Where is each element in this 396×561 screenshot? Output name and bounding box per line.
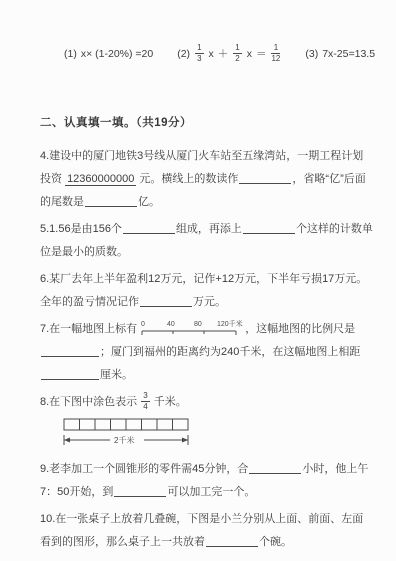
fraction-one-third: 1 3 bbox=[195, 44, 203, 64]
problem-8: 8.在下图中涂色表示 3 4 千米。 bbox=[40, 391, 368, 452]
fraction-bar-diagram: 2千米 bbox=[58, 418, 368, 452]
fill-in-blank bbox=[243, 222, 295, 234]
fraction-denominator: 3 bbox=[195, 54, 203, 63]
equations-row: (1) x× (1-20%) =20 (2) 1 3 x ＋ 1 2 x ＝ 1… bbox=[64, 44, 368, 64]
scale-tick-label-0: 0 bbox=[141, 321, 145, 328]
text-segment: 投资 bbox=[40, 173, 65, 185]
fraction-numerator: 1 bbox=[195, 44, 203, 54]
text-segment: 组成，再添上 bbox=[176, 223, 242, 235]
bar-segments bbox=[64, 419, 188, 430]
problem-7: 7.在一幅地图上标有 0 40 80 120千米 ，这幅地图的比例尺是 ；厦门到… bbox=[40, 318, 368, 387]
problem-10-line-1: 10.在一张桌子上放着几叠碗，下图是小兰分别从上面、前面、左面 bbox=[40, 508, 368, 531]
problem-6-line-1: 6.某厂去年上半年盈利12万元，记作+12万元，下半年亏损17万元。 bbox=[40, 268, 368, 291]
text-segment: 9.老李加工一个圆锥形的零件需45分钟，合 bbox=[40, 463, 248, 475]
text-segment: 可以加工完一个。 bbox=[167, 486, 255, 498]
fill-in-blank bbox=[206, 535, 258, 547]
fill-in-blank bbox=[249, 462, 301, 474]
scale-tick-label-80: 80 bbox=[194, 321, 202, 328]
text-segment: 万元。 bbox=[193, 296, 226, 308]
problem-7-line-2: ；厦门到福州的距离约为240千米，在这幅地图上相距 bbox=[40, 341, 368, 364]
scale-tick-label-40: 40 bbox=[167, 321, 175, 328]
fill-in-blank bbox=[41, 368, 99, 380]
text-segment: 7.在一幅地图上标有 bbox=[40, 323, 137, 335]
text-segment: 小时，他上午 bbox=[302, 463, 368, 475]
text-segment: ，这幅地图的比例尺是 bbox=[245, 323, 355, 335]
equation-2-equals-sign: ＝ bbox=[256, 46, 267, 61]
equation-1-label: (1) bbox=[64, 48, 77, 60]
fraction-numerator: 1 bbox=[233, 44, 241, 54]
equation-2-variable-1: x bbox=[209, 48, 214, 60]
document-page: (1) x× (1-20%) =20 (2) 1 3 x ＋ 1 2 x ＝ 1… bbox=[0, 0, 396, 561]
text-segment: 5.1.56是由156个 bbox=[40, 223, 122, 235]
fraction-numerator: 3 bbox=[141, 392, 149, 402]
map-scale-ruler: 0 40 80 120千米 bbox=[139, 318, 243, 336]
fraction-denominator: 12 bbox=[271, 54, 280, 63]
problem-7-line-3: 厘米。 bbox=[40, 364, 368, 387]
problem-5-line-2: 位是最小的质数。 bbox=[40, 241, 368, 264]
fill-in-blank bbox=[85, 195, 137, 207]
problem-4-line-1: 4.建设中的厦门地铁3号线从厦门火车站至五缘湾站，一期工程计划 bbox=[40, 145, 368, 168]
bar-length-label: 2千米 bbox=[114, 435, 134, 445]
fraction-denominator: 4 bbox=[141, 402, 149, 411]
dimension-line: 2千米 bbox=[64, 435, 188, 445]
equation-2-label: (2) bbox=[177, 48, 190, 60]
problem-4-line-3: 的尾数是亿。 bbox=[40, 191, 368, 214]
fraction-one-twelfth: 1 12 bbox=[271, 44, 280, 64]
problem-8-line-1: 8.在下图中涂色表示 3 4 千米。 bbox=[40, 391, 368, 414]
text-segment: 的尾数是 bbox=[40, 196, 84, 208]
section-heading: 二、认真填一填。（共19分） bbox=[40, 114, 368, 130]
fill-in-blank bbox=[123, 222, 175, 234]
scale-tick-label-120km: 120千米 bbox=[217, 319, 243, 328]
text-segment: ，省略“亿”后面 bbox=[292, 173, 365, 185]
fill-in-blank bbox=[239, 172, 291, 184]
problem-9-line-2: 7：50开始，到可以加工完一个。 bbox=[40, 481, 368, 504]
text-segment: 厘米。 bbox=[100, 369, 133, 381]
problem-4: 4.建设中的厦门地铁3号线从厦门火车站至五缘湾站，一期工程计划 投资 12360… bbox=[40, 145, 368, 214]
equation-1-text: x× (1-20%) =20 bbox=[81, 48, 153, 60]
problem-7-line-1: 7.在一幅地图上标有 0 40 80 120千米 ，这幅地图的比例尺是 bbox=[40, 318, 368, 341]
fraction-denominator: 2 bbox=[233, 54, 241, 63]
text-segment: 个这样的计数单 bbox=[296, 223, 373, 235]
equation-2: (2) 1 3 x ＋ 1 2 x ＝ 1 12 bbox=[177, 44, 281, 64]
problem-10-line-2: 看到的图形，那么桌子上一共放着个碗。 bbox=[40, 531, 368, 554]
problem-6-line-2: 全年的盈亏情况记作万元。 bbox=[40, 291, 368, 314]
fraction-three-quarters: 3 4 bbox=[141, 392, 149, 412]
equation-2-variable-2: x bbox=[247, 48, 252, 60]
equation-2-plus-operator: ＋ bbox=[218, 46, 229, 61]
problem-9: 9.老李加工一个圆锥形的零件需45分钟，合小时，他上午 7：50开始，到可以加工… bbox=[40, 458, 368, 504]
problem-4-line-2: 投资 12360000000 元。横线上的数读作，省略“亿”后面 bbox=[40, 168, 368, 191]
text-segment: 全年的盈亏情况记作 bbox=[40, 296, 139, 308]
problem-9-line-1: 9.老李加工一个圆锥形的零件需45分钟，合小时，他上午 bbox=[40, 458, 368, 481]
text-segment: 个碗。 bbox=[259, 536, 292, 548]
text-segment: ；厦门到福州的距离约为240千米，在这幅地图上相距 bbox=[100, 346, 360, 358]
text-segment: 7：50开始，到 bbox=[40, 486, 113, 498]
fill-in-blank bbox=[140, 295, 192, 307]
text-segment: 8.在下图中涂色表示 bbox=[40, 396, 137, 408]
text-segment: 千米。 bbox=[154, 396, 187, 408]
problem-5-line-1: 5.1.56是由156个组成，再添上个这样的计数单 bbox=[40, 218, 368, 241]
fill-in-blank bbox=[114, 485, 166, 497]
equation-3-label: (3) bbox=[305, 48, 318, 60]
equation-1: (1) x× (1-20%) =20 bbox=[64, 48, 153, 60]
text-segment: 元。横线上的数读作 bbox=[136, 173, 238, 185]
text-segment: 看到的图形，那么桌子上一共放着 bbox=[40, 536, 205, 548]
underlined-investment-number: 12360000000 bbox=[65, 173, 136, 186]
fraction-one-half: 1 2 bbox=[233, 44, 241, 64]
problem-6: 6.某厂去年上半年盈利12万元，记作+12万元，下半年亏损17万元。 全年的盈亏… bbox=[40, 268, 368, 314]
equation-3: (3) 7x-25=13.5 bbox=[305, 48, 375, 60]
equation-3-text: 7x-25=13.5 bbox=[322, 48, 375, 60]
text-segment: 亿。 bbox=[138, 196, 160, 208]
problem-5: 5.1.56是由156个组成，再添上个这样的计数单 位是最小的质数。 bbox=[40, 218, 368, 264]
problem-10: 10.在一张桌子上放着几叠碗，下图是小兰分别从上面、前面、左面 看到的图形，那么… bbox=[40, 508, 368, 554]
fraction-numerator: 1 bbox=[271, 44, 280, 54]
fill-in-blank bbox=[41, 345, 99, 357]
